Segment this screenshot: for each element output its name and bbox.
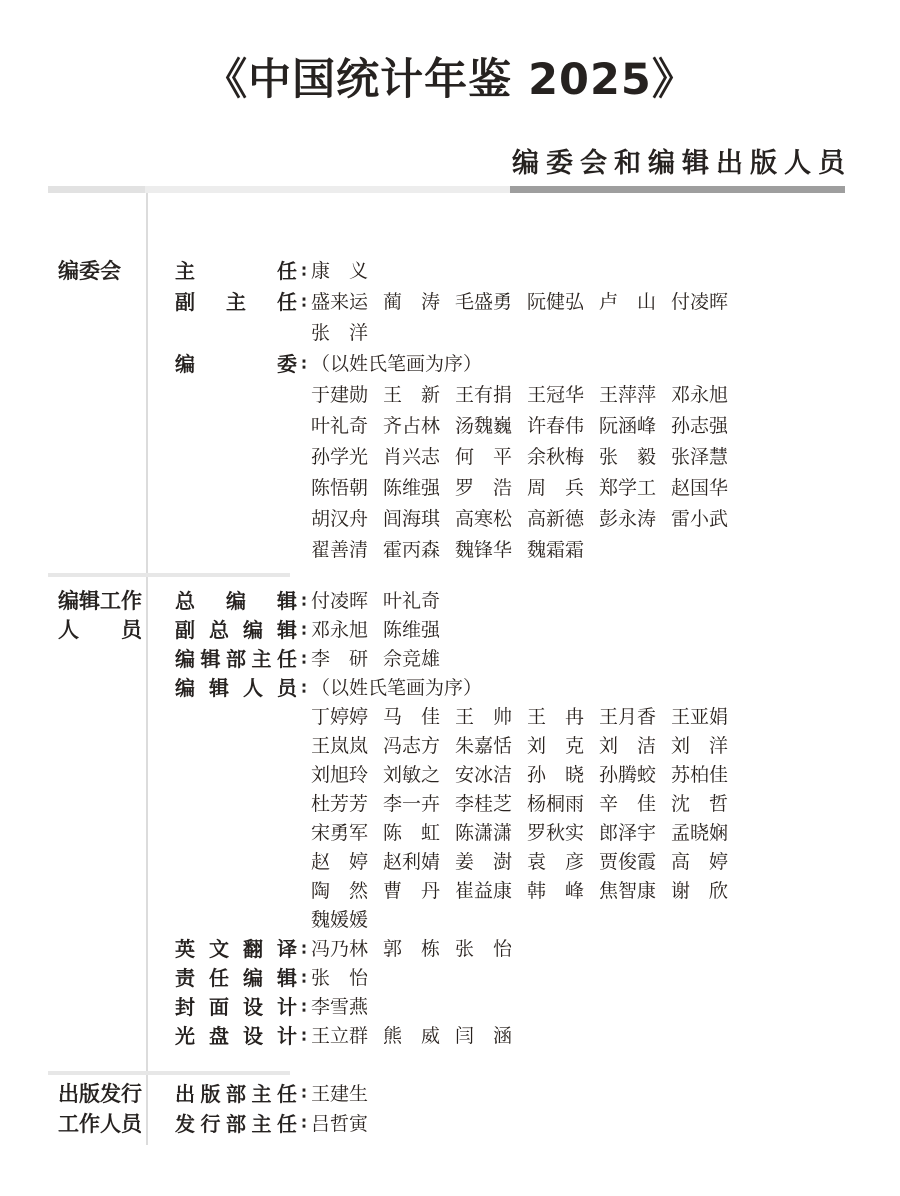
person-name: 魏锋华	[455, 535, 512, 566]
person-name: 宋勇军	[311, 819, 368, 848]
role-char: 编	[175, 349, 195, 380]
role-colon: ∶	[297, 256, 311, 287]
section-content: 主任∶康 义副主任∶盛来运蔺 涛毛盛勇阮健弘卢 山付凌晖张 洋编委∶（以姓氏笔画…	[175, 256, 852, 566]
role-char: 出	[175, 1079, 195, 1109]
person-name: 王 冉	[527, 703, 584, 732]
section-content: 出版部主任∶王建生发行部主任∶吕哲寅	[175, 1079, 852, 1139]
person-name: 陶 然	[311, 877, 368, 906]
person-name: 康 义	[311, 256, 368, 287]
person-name: 丁婷婷	[311, 703, 368, 732]
person-name: 王 新	[383, 380, 440, 411]
role-char: 发	[175, 1109, 195, 1139]
person-name: 胡汉舟	[311, 504, 368, 535]
role-char: 任	[277, 256, 297, 287]
person-name: 佘竞雄	[383, 645, 440, 674]
person-name: 孙 晓	[527, 761, 584, 790]
role-char: 责	[175, 964, 195, 993]
person-name: 魏媛媛	[311, 906, 368, 935]
role-char: 主	[252, 1109, 272, 1139]
person-name: 孟晓娴	[671, 819, 728, 848]
role-char: 计	[277, 993, 297, 1022]
person-name: 陈维强	[383, 473, 440, 504]
person-name: 雷小武	[671, 504, 728, 535]
staff-item: 光盘设计∶王立群熊 威闫 涵	[175, 1022, 852, 1051]
person-name: 盛来运	[311, 287, 368, 318]
sort-note: （以姓氏笔画为序）	[311, 349, 771, 380]
person-name: 魏霜霜	[527, 535, 584, 566]
person-name: 赵 婷	[311, 848, 368, 877]
rule-segment-dark	[510, 186, 845, 193]
staff-item: 发行部主任∶吕哲寅	[175, 1109, 852, 1139]
role-colon: ∶	[297, 1022, 311, 1051]
names-list: 王建生	[311, 1079, 771, 1109]
staff-item: 副主任∶盛来运蔺 涛毛盛勇阮健弘卢 山付凌晖张 洋	[175, 287, 852, 349]
person-name: 汤魏巍	[455, 411, 512, 442]
person-name: 闫 涵	[455, 1022, 512, 1051]
role-char: 主	[252, 1079, 272, 1109]
section-body: 编委会主任∶康 义副主任∶盛来运蔺 涛毛盛勇阮健弘卢 山付凌晖张 洋编委∶（以姓…	[48, 256, 852, 566]
person-name: 刘旭玲	[311, 761, 368, 790]
section-label: 编委会	[48, 256, 147, 287]
staff-item: 责任编辑∶张 怡	[175, 964, 852, 993]
role-char: 编	[175, 645, 195, 674]
person-name: 阮涵峰	[599, 411, 656, 442]
role-char: 任	[277, 645, 297, 674]
names-list: （以姓氏笔画为序）丁婷婷马 佳王 帅王 冉王月香王亚娟王岚岚冯志方朱嘉恬刘 克刘…	[311, 674, 771, 935]
person-name: 赵利婧	[383, 848, 440, 877]
role-colon: ∶	[297, 935, 311, 964]
person-name: 肖兴志	[383, 442, 440, 473]
person-name: 李桂芝	[455, 790, 512, 819]
person-name: 王有捐	[455, 380, 512, 411]
person-name: 李一卉	[383, 790, 440, 819]
names-list: 吕哲寅	[311, 1109, 771, 1139]
person-name: 孙志强	[671, 411, 728, 442]
names-list: 付凌晖叶礼奇	[311, 587, 771, 616]
role-char: 总	[209, 616, 229, 645]
role-colon: ∶	[297, 1109, 311, 1139]
role-char: 任	[277, 1079, 297, 1109]
person-name: 熊 威	[383, 1022, 440, 1051]
role-char: 员	[277, 674, 297, 703]
role-label: 封面设计	[175, 993, 297, 1022]
role-label: 光盘设计	[175, 1022, 297, 1051]
person-name: 邓永旭	[671, 380, 728, 411]
person-name: 孙腾蛟	[599, 761, 656, 790]
person-name: 王立群	[311, 1022, 368, 1051]
role-char: 行	[201, 1109, 221, 1139]
person-name: 王月香	[599, 703, 656, 732]
person-name: 阮健弘	[527, 287, 584, 318]
names-list: （以姓氏笔画为序）于建勋王 新王有捐王冠华王萍萍邓永旭叶礼奇齐占林汤魏巍许春伟阮…	[311, 349, 771, 566]
role-char: 任	[277, 1109, 297, 1139]
names-list: 康 义	[311, 256, 771, 287]
role-char: 主	[175, 256, 195, 287]
section-editing-staff: 编辑工作人 员总编辑∶付凌晖叶礼奇副总编辑∶邓永旭陈维强编辑部主任∶李 研佘竞雄…	[48, 573, 852, 1051]
role-char: 辑	[277, 964, 297, 993]
person-name: 刘 洋	[671, 732, 728, 761]
person-name: 曹 丹	[383, 877, 440, 906]
person-name: 王亚娟	[671, 703, 728, 732]
section-label: 编辑工作人 员	[48, 587, 147, 645]
page-subtitle: 编委会和编辑出版人员	[512, 141, 852, 180]
role-char: 主	[226, 287, 246, 318]
role-char: 辑	[277, 587, 297, 616]
role-char: 编	[175, 674, 195, 703]
person-name: 焦智康	[599, 877, 656, 906]
person-name: 陈维强	[383, 616, 440, 645]
role-colon: ∶	[297, 587, 311, 616]
section-content: 总编辑∶付凌晖叶礼奇副总编辑∶邓永旭陈维强编辑部主任∶李 研佘竞雄编辑人员∶（以…	[175, 587, 852, 1051]
person-name: 姜 澍	[455, 848, 512, 877]
role-char: 辑	[277, 616, 297, 645]
role-char: 辑	[209, 674, 229, 703]
role-char: 委	[277, 349, 297, 380]
person-name: 周 兵	[527, 473, 584, 504]
person-name: 高新德	[527, 504, 584, 535]
staff-item: 英文翻译∶冯乃林郭 栋张 怡	[175, 935, 852, 964]
person-name: 王萍萍	[599, 380, 656, 411]
person-name: 冯乃林	[311, 935, 368, 964]
person-name: 沈 哲	[671, 790, 728, 819]
person-name: 高寒松	[455, 504, 512, 535]
person-name: 王岚岚	[311, 732, 368, 761]
role-char: 翻	[243, 935, 263, 964]
person-name: 翟善清	[311, 535, 368, 566]
section-label-line: 出版发行	[58, 1079, 147, 1109]
person-name: 张 怡	[455, 935, 512, 964]
section-label-line: 工作人员	[58, 1109, 147, 1139]
person-name: 刘 洁	[599, 732, 656, 761]
role-label: 副总编辑	[175, 616, 297, 645]
role-char: 面	[209, 993, 229, 1022]
role-char: 部	[226, 1079, 246, 1109]
person-name: 冯志方	[383, 732, 440, 761]
person-name: 贾俊霞	[599, 848, 656, 877]
person-name: 罗秋实	[527, 819, 584, 848]
section-body: 编辑工作人 员总编辑∶付凌晖叶礼奇副总编辑∶邓永旭陈维强编辑部主任∶李 研佘竞雄…	[48, 587, 852, 1051]
person-name: 闾海琪	[383, 504, 440, 535]
sort-note: （以姓氏笔画为序）	[311, 674, 771, 703]
role-colon: ∶	[297, 1079, 311, 1109]
role-char: 任	[277, 287, 297, 318]
person-name: 余秋梅	[527, 442, 584, 473]
role-char: 设	[243, 993, 263, 1022]
role-char: 版	[201, 1079, 221, 1109]
names-list: 冯乃林郭 栋张 怡	[311, 935, 771, 964]
role-char: 光	[175, 1022, 195, 1051]
person-name: 韩 峰	[527, 877, 584, 906]
person-name: 郑学工	[599, 473, 656, 504]
staff-item: 编辑人员∶（以姓氏笔画为序）丁婷婷马 佳王 帅王 冉王月香王亚娟王岚岚冯志方朱嘉…	[175, 674, 852, 935]
person-name: 王 帅	[455, 703, 512, 732]
role-label: 编辑人员	[175, 674, 297, 703]
person-name: 王建生	[311, 1079, 368, 1109]
role-colon: ∶	[297, 645, 311, 674]
role-colon: ∶	[297, 287, 311, 318]
person-name: 张泽慧	[671, 442, 728, 473]
person-name: 卢 山	[599, 287, 656, 318]
person-name: 马 佳	[383, 703, 440, 732]
person-name: 谢 欣	[671, 877, 728, 906]
section-label-line: 人 员	[58, 616, 147, 645]
person-name: 刘 克	[527, 732, 584, 761]
person-name: 付凌晖	[311, 587, 368, 616]
role-colon: ∶	[297, 964, 311, 993]
person-name: 张 毅	[599, 442, 656, 473]
person-name: 朱嘉恬	[455, 732, 512, 761]
section-separator	[48, 1071, 290, 1075]
person-name: 陈悟朝	[311, 473, 368, 504]
role-label: 发行部主任	[175, 1109, 297, 1139]
person-name: 杜芳芳	[311, 790, 368, 819]
person-name: 张 怡	[311, 964, 368, 993]
role-char: 译	[277, 935, 297, 964]
person-name: 吕哲寅	[311, 1109, 368, 1139]
names-list: 盛来运蔺 涛毛盛勇阮健弘卢 山付凌晖张 洋	[311, 287, 771, 349]
role-colon: ∶	[297, 993, 311, 1022]
person-name: 高 婷	[671, 848, 728, 877]
role-char: 人	[243, 674, 263, 703]
role-label: 主任	[175, 256, 297, 287]
rule-segment-middle	[145, 186, 510, 193]
person-name: 李 研	[311, 645, 368, 674]
section-editorial-board: 编委会主任∶康 义副主任∶盛来运蔺 涛毛盛勇阮健弘卢 山付凌晖张 洋编委∶（以姓…	[48, 256, 852, 566]
rule-segment-left	[48, 186, 145, 193]
person-name: 苏柏佳	[671, 761, 728, 790]
person-name: 叶礼奇	[383, 587, 440, 616]
person-name: 罗 浩	[455, 473, 512, 504]
page-title: 《中国统计年鉴 2025》	[0, 46, 900, 107]
subtitle-rule	[48, 186, 845, 193]
names-list: 邓永旭陈维强	[311, 616, 771, 645]
staff-item: 编委∶（以姓氏笔画为序）于建勋王 新王有捐王冠华王萍萍邓永旭叶礼奇齐占林汤魏巍许…	[175, 349, 852, 566]
role-char: 盘	[209, 1022, 229, 1051]
person-name: 陈潇潇	[455, 819, 512, 848]
person-name: 安冰洁	[455, 761, 512, 790]
person-name: 于建勋	[311, 380, 368, 411]
role-label: 英文翻译	[175, 935, 297, 964]
person-name: 杨桐雨	[527, 790, 584, 819]
person-name: 刘敏之	[383, 761, 440, 790]
person-name: 毛盛勇	[455, 287, 512, 318]
person-name: 何 平	[455, 442, 512, 473]
role-label: 出版部主任	[175, 1079, 297, 1109]
staff-item: 主任∶康 义	[175, 256, 852, 287]
role-label: 责任编辑	[175, 964, 297, 993]
staff-item: 出版部主任∶王建生	[175, 1079, 852, 1109]
staff-item: 副总编辑∶邓永旭陈维强	[175, 616, 852, 645]
section-publishing-staff: 出版发行工作人员出版部主任∶王建生发行部主任∶吕哲寅	[48, 1071, 852, 1139]
person-name: 叶礼奇	[311, 411, 368, 442]
person-name: 郎泽宇	[599, 819, 656, 848]
person-name: 李雪燕	[311, 993, 368, 1022]
role-label: 副主任	[175, 287, 297, 318]
section-separator	[48, 573, 290, 577]
person-name: 王冠华	[527, 380, 584, 411]
role-colon: ∶	[297, 674, 311, 703]
role-char: 副	[175, 616, 195, 645]
role-char: 封	[175, 993, 195, 1022]
section-label-line: 编委会	[58, 256, 147, 287]
person-name: 陈 虹	[383, 819, 440, 848]
person-name: 赵国华	[671, 473, 728, 504]
role-char: 编	[243, 964, 263, 993]
role-char: 部	[226, 645, 246, 674]
role-char: 计	[277, 1022, 297, 1051]
role-char: 总	[175, 587, 195, 616]
person-name: 彭永涛	[599, 504, 656, 535]
staff-item: 封面设计∶李雪燕	[175, 993, 852, 1022]
role-colon: ∶	[297, 616, 311, 645]
role-char: 设	[243, 1022, 263, 1051]
person-name: 辛 佳	[599, 790, 656, 819]
person-name: 崔益康	[455, 877, 512, 906]
person-name: 袁 彦	[527, 848, 584, 877]
person-name: 霍丙森	[383, 535, 440, 566]
staff-item: 编辑部主任∶李 研佘竞雄	[175, 645, 852, 674]
names-list: 张 怡	[311, 964, 771, 993]
role-char: 任	[209, 964, 229, 993]
person-name: 齐占林	[383, 411, 440, 442]
role-char: 编	[226, 587, 246, 616]
role-char: 部	[226, 1109, 246, 1139]
role-char: 文	[209, 935, 229, 964]
section-label-line: 编辑工作	[58, 587, 147, 616]
section-label: 出版发行工作人员	[48, 1079, 147, 1139]
role-char: 编	[243, 616, 263, 645]
person-name: 张 洋	[311, 318, 368, 349]
role-char: 辑	[201, 645, 221, 674]
names-list: 李雪燕	[311, 993, 771, 1022]
person-name: 付凌晖	[671, 287, 728, 318]
person-name: 许春伟	[527, 411, 584, 442]
names-list: 李 研佘竞雄	[311, 645, 771, 674]
person-name: 蔺 涛	[383, 287, 440, 318]
person-name: 邓永旭	[311, 616, 368, 645]
role-label: 编委	[175, 349, 297, 380]
names-list: 王立群熊 威闫 涵	[311, 1022, 771, 1051]
role-colon: ∶	[297, 349, 311, 380]
role-char: 英	[175, 935, 195, 964]
role-label: 编辑部主任	[175, 645, 297, 674]
staff-item: 总编辑∶付凌晖叶礼奇	[175, 587, 852, 616]
person-name: 孙学光	[311, 442, 368, 473]
role-label: 总编辑	[175, 587, 297, 616]
yearbook-credits-page: 《中国统计年鉴 2025》 编委会和编辑出版人员 编委会主任∶康 义副主任∶盛来…	[0, 0, 900, 1196]
section-body: 出版发行工作人员出版部主任∶王建生发行部主任∶吕哲寅	[48, 1079, 852, 1139]
role-char: 副	[175, 287, 195, 318]
role-char: 主	[252, 645, 272, 674]
person-name: 郭 栋	[383, 935, 440, 964]
